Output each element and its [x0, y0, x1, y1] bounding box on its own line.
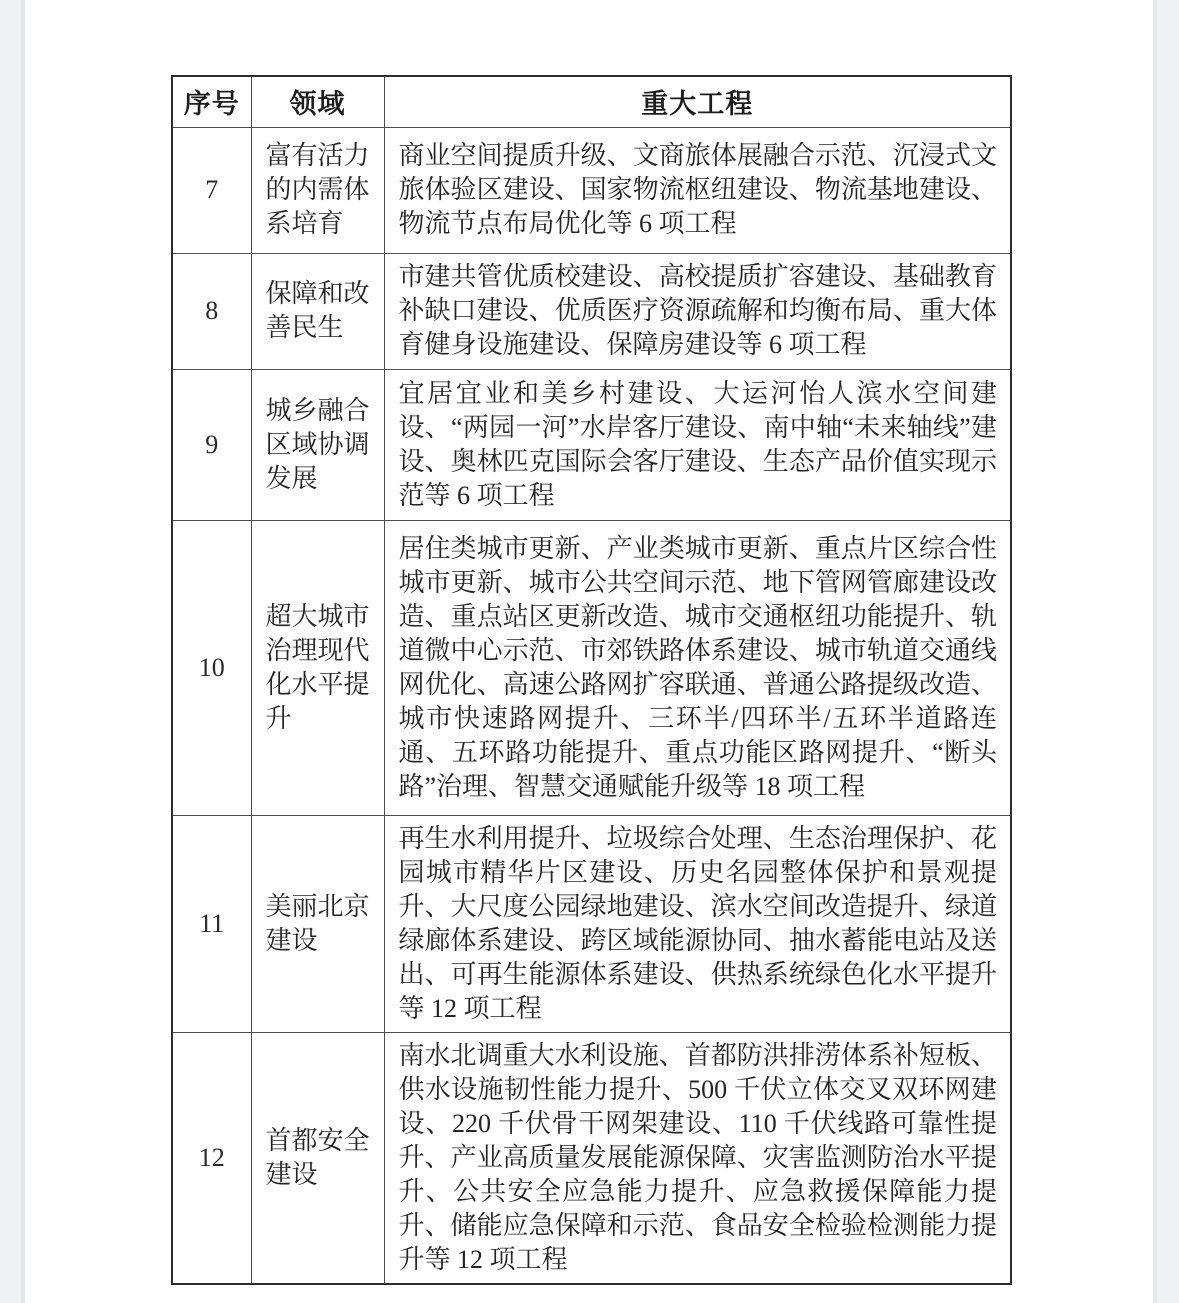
table-row: 9 城乡融合区域协调发展 宜居宜业和美乡村建设、大运河怡人滨水空间建设、“两园一… — [172, 369, 1011, 520]
row-index-cell: 9 — [172, 369, 251, 520]
projects-cell: 南水北调重大水利设施、首都防洪排涝体系补短板、供水设施韧性能力提升、500 千伏… — [384, 1032, 1011, 1284]
domain-cell: 保障和改善民生 — [251, 253, 384, 369]
projects-cell: 市建共管优质校建设、高校提质扩容建设、基础教育补缺口建设、优质医疗资源疏解和均衡… — [384, 253, 1011, 369]
domain-cell: 首都安全建设 — [251, 1032, 384, 1284]
table-header-row: 序号 领域 重大工程 — [172, 76, 1011, 127]
row-index-cell: 12 — [172, 1032, 251, 1284]
domain-cell: 美丽北京建设 — [251, 815, 384, 1032]
row-index-cell: 10 — [172, 520, 251, 815]
header-cell-projects: 重大工程 — [384, 76, 1011, 127]
domain-cell: 超大城市治理现代化水平提升 — [251, 520, 384, 815]
table-row: 8 保障和改善民生 市建共管优质校建设、高校提质扩容建设、基础教育补缺口建设、优… — [172, 253, 1011, 369]
projects-cell: 再生水利用提升、垃圾综合处理、生态治理保护、花园城市精华片区建设、历史名园整体保… — [384, 815, 1011, 1032]
page-right-edge — [1153, 0, 1179, 1303]
table-row: 11 美丽北京建设 再生水利用提升、垃圾综合处理、生态治理保护、花园城市精华片区… — [172, 815, 1011, 1032]
header-cell-index: 序号 — [172, 76, 251, 127]
major-projects-table: 序号 领域 重大工程 7 富有活力的内需体系培育 商业空间提质升级、文商旅体展融… — [171, 75, 1012, 1285]
domain-cell: 富有活力的内需体系培育 — [251, 127, 384, 253]
row-index-cell: 8 — [172, 253, 251, 369]
projects-cell: 居住类城市更新、产业类城市更新、重点片区综合性城市更新、城市公共空间示范、地下管… — [384, 520, 1011, 815]
table-row: 12 首都安全建设 南水北调重大水利设施、首都防洪排涝体系补短板、供水设施韧性能… — [172, 1032, 1011, 1284]
page-left-edge — [0, 0, 25, 1303]
row-index-cell: 7 — [172, 127, 251, 253]
row-index-cell: 11 — [172, 815, 251, 1032]
projects-cell: 宜居宜业和美乡村建设、大运河怡人滨水空间建设、“两园一河”水岸客厅建设、南中轴“… — [384, 369, 1011, 520]
domain-cell: 城乡融合区域协调发展 — [251, 369, 384, 520]
table-row: 7 富有活力的内需体系培育 商业空间提质升级、文商旅体展融合示范、沉浸式文旅体验… — [172, 127, 1011, 253]
projects-cell: 商业空间提质升级、文商旅体展融合示范、沉浸式文旅体验区建设、国家物流枢纽建设、物… — [384, 127, 1011, 253]
header-cell-domain: 领域 — [251, 76, 384, 127]
table-row: 10 超大城市治理现代化水平提升 居住类城市更新、产业类城市更新、重点片区综合性… — [172, 520, 1011, 815]
document-page: 序号 领域 重大工程 7 富有活力的内需体系培育 商业空间提质升级、文商旅体展融… — [0, 0, 1179, 1303]
